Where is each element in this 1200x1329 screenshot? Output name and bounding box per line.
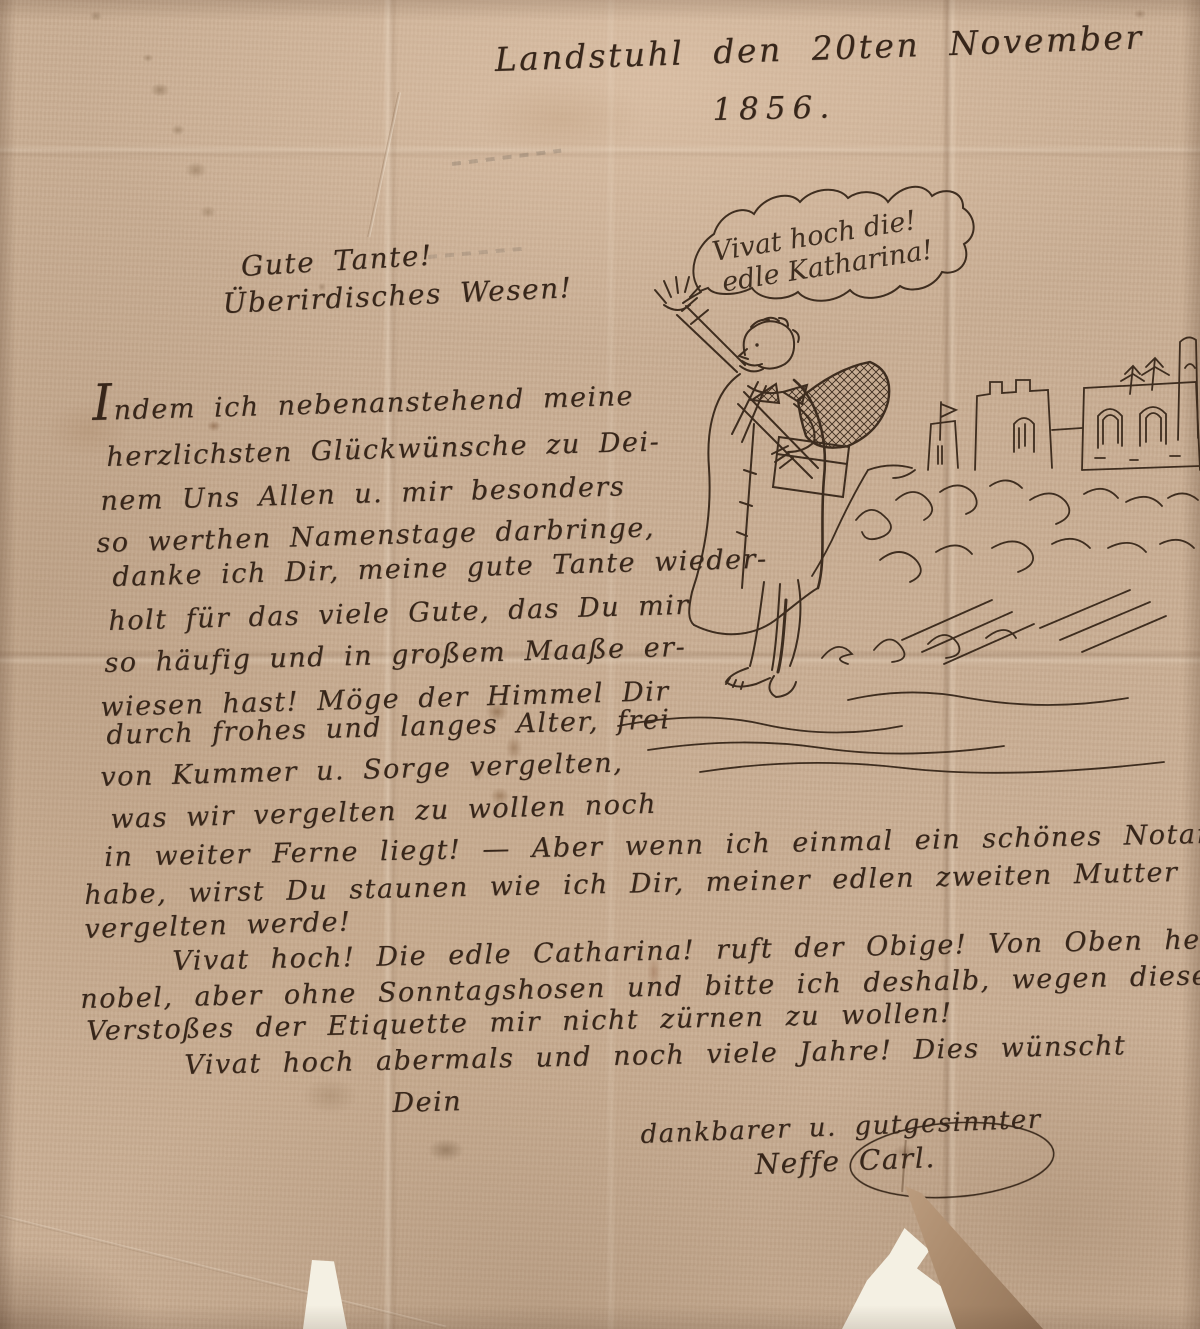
body-line: was wir vergelten zu wollen noch: [110, 789, 657, 835]
body-line: holt für das viele Gute, das Du mir: [108, 590, 690, 637]
castle-drawing: [812, 337, 1200, 705]
salutation-line-1: Gute Tante!: [240, 239, 434, 283]
body-line: herzlichsten Glückwünsche zu Dei-: [106, 427, 661, 473]
body-line: Indem ich nebenanstehend meine: [92, 381, 634, 427]
banner-line-2: edle Katharina!: [720, 235, 935, 299]
body-line: nem Uns Allen u. mir besonders: [100, 471, 626, 517]
valediction: Dein: [392, 1086, 462, 1119]
speech-banner: [683, 187, 974, 303]
banner-line-1: Vivat hoch die!: [710, 205, 918, 268]
letter-photo: Vivat hoch die! edle Katharina! Landstuh…: [0, 0, 1200, 1329]
bottom-left-crease: [0, 1212, 446, 1329]
ground-flourishes: [618, 630, 1164, 773]
signature: Neffe Carl.: [754, 1141, 936, 1181]
banner-text: Vivat hoch die! edle Katharina!: [710, 205, 935, 298]
body-line: vergelten werde!: [84, 907, 352, 945]
closing-line-1: dankbarer u. gutgesinnter: [640, 1105, 1042, 1150]
body-line: so häufig und in großem Maaße er-: [104, 632, 687, 679]
man-drawing: [655, 277, 889, 697]
dateline-year: 1856.: [712, 89, 836, 128]
pencil-smudge-1: [452, 149, 562, 166]
top-fold-edge: [367, 92, 401, 237]
body-line: von Kummer u. Sorge vergelten,: [100, 747, 624, 793]
tear-backing-left: [303, 1260, 353, 1329]
dateline: Landstuhl den 20ten November: [494, 17, 1144, 79]
pencil-smudge-2: [428, 247, 523, 259]
